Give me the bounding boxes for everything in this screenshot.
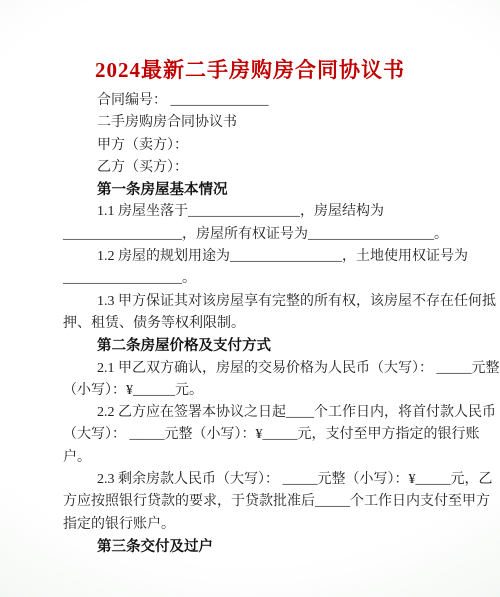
document-line: 合同编号： ______________ (63, 90, 483, 112)
section-heading: 第二条房屋价格及支付方式 (63, 335, 483, 357)
section-heading: 第一条房屋基本情况 (63, 179, 483, 201)
document-line: （小写）：¥______元。 (63, 380, 483, 402)
document-line: 指定的银行账户。 (63, 514, 483, 536)
document-line: 1.1 房屋坐落于________________，房屋结构为 (63, 201, 483, 223)
document-line: 2.1 甲乙双方确认，房屋的交易价格为人民币（大写）： _____元整 (63, 358, 483, 380)
document-title: 2024最新二手房购房合同协议书 (0, 54, 500, 84)
document-line: _________________，房屋所有权证号为______________… (63, 224, 483, 246)
document-line: （大写）： _____元整（小写）：¥_____元，支付至甲方指定的银行账 (63, 424, 483, 446)
section-heading: 第三条交付及过户 (63, 536, 483, 558)
document-line: 方应按照银行贷款的要求，于贷款批准后_____个工作日内支付至甲方 (63, 491, 483, 513)
document-line: 押、租赁、债务等权利限制。 (63, 313, 483, 335)
document-line: 1.2 房屋的规划用途为________________，土地使用权证号为 (63, 246, 483, 268)
document-line: 二手房购房合同协议书 (63, 112, 483, 134)
document-line: 1.3 甲方保证其对该房屋享有完整的所有权，该房屋不存在任何抵 (63, 291, 483, 313)
document-line: 甲方（卖方）： (63, 135, 483, 157)
document-line: 2.3 剩余房款人民币（大写）： _____元整（小写）：¥_____元，乙 (63, 469, 483, 491)
document-line: 2.2 乙方应在签署本协议之日起____个工作日内，将首付款人民币 (63, 402, 483, 424)
page-background: { "document": { "title": { "text": "2024… (0, 0, 500, 597)
document-line: 乙方（买方）： (63, 157, 483, 179)
contract-document: 2024最新二手房购房合同协议书 合同编号： ______________二手房… (0, 0, 500, 597)
document-line: 户。 (63, 447, 483, 469)
document-body: 合同编号： ______________二手房购房合同协议书甲方（卖方）：乙方（… (63, 90, 483, 558)
document-line: _________________。 (63, 268, 483, 290)
